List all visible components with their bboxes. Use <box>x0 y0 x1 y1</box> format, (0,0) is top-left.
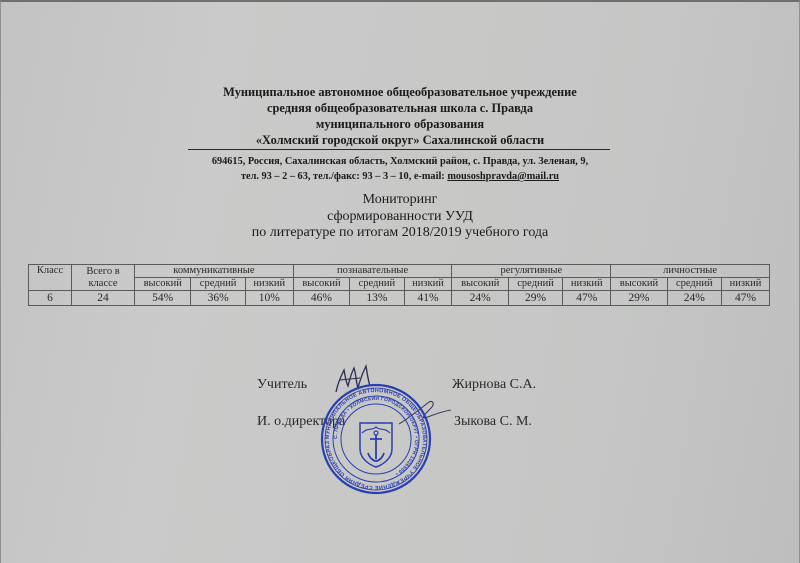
letterhead-line-4: «Холмский городской округ» Сахалинской о… <box>150 132 650 148</box>
official-seal-icon: МУНИЦИПАЛЬНОЕ АВТОНОМНОЕ ОБЩЕОБРАЗОВАТЕЛ… <box>320 383 432 495</box>
address: 694615, Россия, Сахалинская область, Хол… <box>150 154 650 169</box>
level-medium: средний <box>191 278 245 291</box>
title-line-2: сформированности УУД <box>150 209 650 226</box>
teacher-name: Жирнова С.А. <box>452 377 536 393</box>
cell-value: 13% <box>350 291 404 306</box>
level-low: низкий <box>563 278 611 291</box>
cell-value: 10% <box>245 291 293 306</box>
cell-value: 54% <box>135 291 191 306</box>
letterhead: Муниципальное автономное общеобразовател… <box>150 84 650 148</box>
cell-value: 41% <box>404 291 452 306</box>
letterhead-line-2: средняя общеобразовательная школа с. Пра… <box>150 100 650 116</box>
letterhead-line-3: муниципального образования <box>150 116 650 132</box>
level-low: низкий <box>722 278 770 291</box>
header-class: Класс <box>29 265 72 291</box>
level-high: высокий <box>293 278 349 291</box>
level-high: высокий <box>135 278 191 291</box>
table-row: 6 24 54% 36% 10% 46% 13% 41% 24% 29% 47%… <box>29 291 770 306</box>
cell-total: 24 <box>72 291 135 306</box>
teacher-label: Учитель <box>257 377 307 393</box>
cell-value: 29% <box>611 291 667 306</box>
cell-value: 47% <box>722 291 770 306</box>
letterhead-line-1: Муниципальное автономное общеобразовател… <box>150 84 650 100</box>
results-table: Класс Всего в классе коммуникативные поз… <box>28 264 770 306</box>
header-group-communicative: коммуникативные <box>135 265 294 278</box>
cell-value: 36% <box>191 291 245 306</box>
header-group-regulatory: регулятивные <box>452 265 611 278</box>
cell-value: 24% <box>667 291 721 306</box>
document-title: Мониторинг сформированности УУД по литер… <box>150 192 650 242</box>
director-name: Зыкова С. М. <box>454 414 532 430</box>
level-high: высокий <box>611 278 667 291</box>
contact-info: 694615, Россия, Сахалинская область, Хол… <box>150 154 650 184</box>
header-group-cognitive: познавательные <box>293 265 452 278</box>
table-subheader-row: высокий средний низкий высокий средний н… <box>29 278 770 291</box>
level-medium: средний <box>667 278 721 291</box>
level-medium: средний <box>350 278 404 291</box>
phones: тел. 93 – 2 – 63, тел./факс: 93 – 3 – 10… <box>241 171 447 182</box>
title-line-1: Мониторинг <box>150 192 650 209</box>
level-low: низкий <box>404 278 452 291</box>
cell-value: 24% <box>452 291 508 306</box>
level-low: низкий <box>245 278 293 291</box>
table-header-row: Класс Всего в классе коммуникативные поз… <box>29 265 770 278</box>
cell-value: 47% <box>563 291 611 306</box>
phones-line: тел. 93 – 2 – 63, тел./факс: 93 – 3 – 10… <box>150 169 650 184</box>
cell-class: 6 <box>29 291 72 306</box>
cell-value: 29% <box>508 291 562 306</box>
cell-value: 46% <box>293 291 349 306</box>
header-group-personal: личностные <box>611 265 770 278</box>
level-medium: средний <box>508 278 562 291</box>
header-total: Всего в классе <box>72 265 135 291</box>
letterhead-divider <box>188 149 610 150</box>
email-link[interactable]: mousoshpravda@mail.ru <box>447 171 559 182</box>
level-high: высокий <box>452 278 508 291</box>
title-line-3: по литературе по итогам 2018/2019 учебно… <box>150 225 650 242</box>
